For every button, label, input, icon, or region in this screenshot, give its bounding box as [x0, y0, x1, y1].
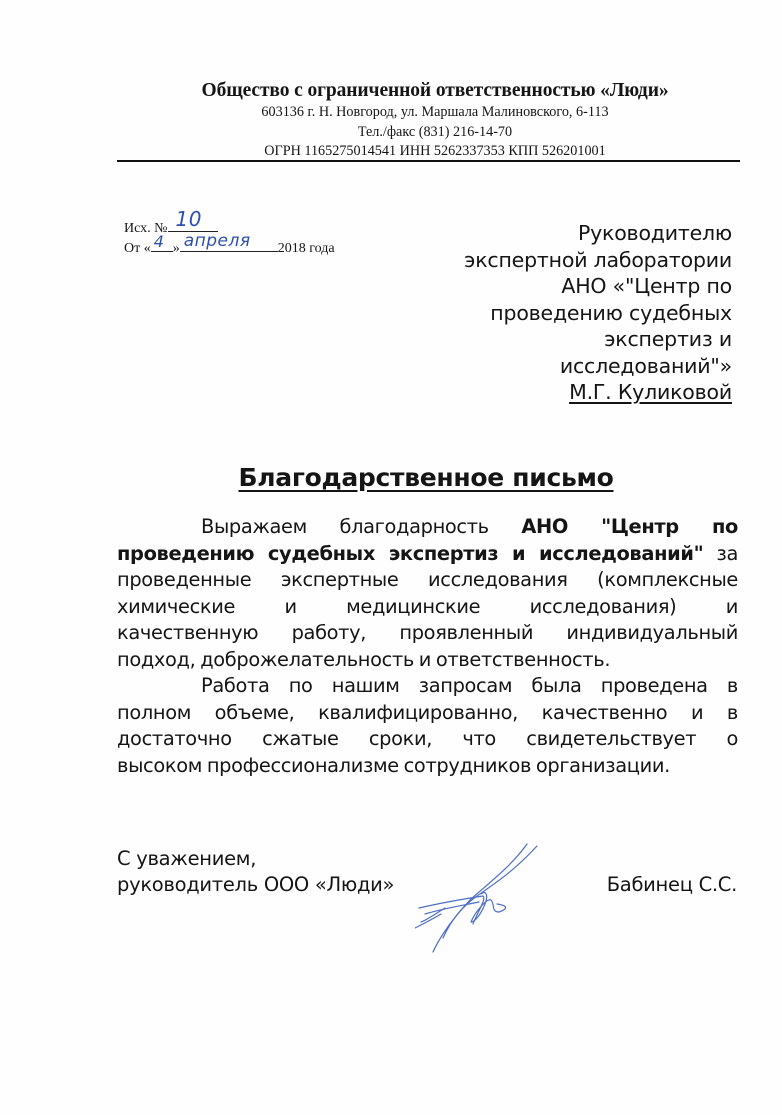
organization-registration: ОГРН 1165275014541 ИНН 5262337353 КПП 52… — [0, 143, 782, 160]
paragraph-gratitude: Выражаем благодарность АНО "Центр по про… — [117, 514, 738, 673]
outgoing-number-value: 10 — [176, 207, 202, 231]
paragraph-work: Работа по нашим запросам была проведена … — [117, 673, 738, 779]
addressee-line: АНО «"Центр по — [464, 273, 732, 300]
closing-regards: С уважением, — [117, 846, 394, 872]
organization-phone: Тел./факс (831) 216-14-70 — [0, 124, 782, 141]
body-line: химические и медицинские исследования) и — [117, 594, 738, 621]
addressee-name: М.Г. Куликовой — [464, 379, 732, 406]
body-line: полном объеме, квалифицированно, качеств… — [117, 700, 738, 727]
signer-name: Бабинец С.С. — [607, 872, 737, 898]
signer-position: руководитель ООО «Люди» — [117, 872, 394, 898]
letterhead-divider — [117, 160, 740, 162]
body-line: подход, доброжелательность и ответственн… — [117, 647, 738, 674]
body-line: проведению судебных экспертиз и исследов… — [117, 541, 738, 568]
body-line: Выражаем благодарность АНО "Центр по — [117, 514, 738, 541]
addressee-block: Руководителю экспертной лаборатории АНО … — [464, 220, 732, 406]
date-mid: » — [173, 241, 180, 256]
date-row: От «4»апреля2018 года — [124, 237, 335, 257]
addressee-line: проведению судебных — [464, 300, 732, 327]
date-month-field: апреля — [180, 237, 278, 252]
body-line: проведенные экспертные исследования (ком… — [117, 567, 738, 594]
date-year: 2018 года — [278, 241, 335, 256]
addressee-line: Руководителю — [464, 220, 732, 247]
letter-title: Благодарственное письмо — [0, 463, 782, 492]
body-line: высоком профессионализме сотрудников орг… — [117, 753, 738, 780]
addressee-line: исследований"» — [464, 353, 732, 380]
body-line: качественную работу, проявленный индивид… — [117, 620, 738, 647]
closing-block: С уважением, руководитель ООО «Люди» — [117, 846, 394, 898]
signature-icon — [415, 838, 555, 958]
addressee-line: экспертиз и — [464, 326, 732, 353]
organization-address: 603136 г. Н. Новгород, ул. Маршала Малин… — [0, 104, 782, 121]
letter-page: Общество с ограниченной ответственностью… — [0, 0, 782, 1115]
body-line: Работа по нашим запросам была проведена … — [117, 673, 738, 700]
date-prefix: От « — [124, 241, 151, 256]
letter-body: Выражаем благодарность АНО "Центр по про… — [117, 514, 738, 779]
body-line: достаточно сжатые сроки, что свидетельст… — [117, 726, 738, 753]
date-day-field: 4 — [151, 237, 173, 252]
date-month-value: апреля — [184, 231, 251, 251]
addressee-line: экспертной лаборатории — [464, 247, 732, 274]
organization-name: Общество с ограниченной ответственностью… — [0, 80, 782, 102]
date-day-value: 4 — [154, 232, 165, 251]
outgoing-number-field: 10 — [168, 217, 218, 232]
